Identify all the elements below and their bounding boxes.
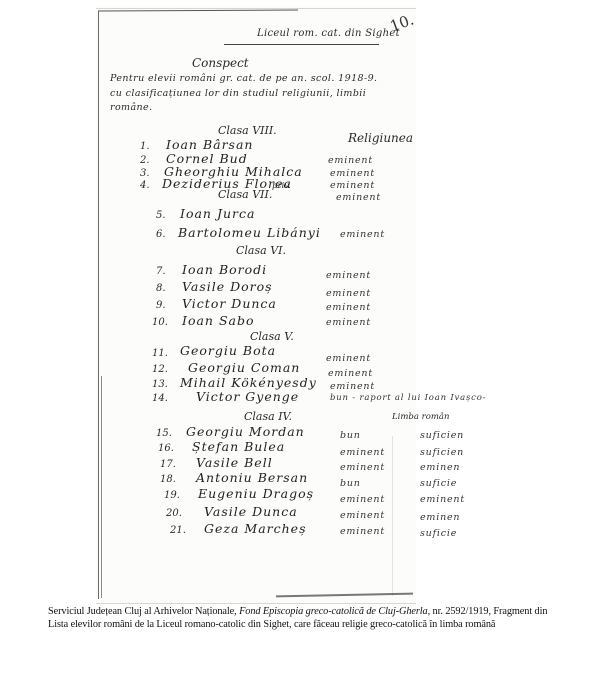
student-number: 11. xyxy=(152,348,168,359)
student-name: Georgiu Coman xyxy=(188,360,300,375)
intro-line: române. xyxy=(110,102,153,113)
student-number: 17. xyxy=(160,459,176,470)
language-grade: suficie xyxy=(420,478,457,489)
page-left-edge xyxy=(98,11,99,599)
student-number: 3. xyxy=(140,168,150,179)
religion-grade: bun xyxy=(340,478,361,489)
intro-line: cu clasificațiunea lor din studiul relig… xyxy=(110,88,366,99)
student-number: 21. xyxy=(170,525,186,536)
student-name: Georgiu Bota xyxy=(180,343,276,358)
page-left-edge-inner xyxy=(101,376,102,598)
student-name: Eugeniu Dragoș xyxy=(198,486,314,501)
religion-grade: eminent xyxy=(326,353,371,364)
page-top-edge xyxy=(98,9,298,11)
student-number: 6. xyxy=(156,229,166,240)
religion-grade: eminent xyxy=(326,317,371,328)
religion-grade: eminent xyxy=(336,192,381,203)
figure-caption: Serviciul Județean Cluj al Arhivelor Naț… xyxy=(48,606,548,631)
document-header-title: Liceul rom. cat. din Sighet xyxy=(257,28,400,39)
student-name: Geza Marcheș xyxy=(204,521,307,536)
religion-grade: eminent xyxy=(340,229,385,240)
column-header-religion: Religiunea xyxy=(348,131,413,145)
student-name: Ioan Bârsan xyxy=(166,137,253,152)
student-name: Mihail Kökényesdy xyxy=(180,375,317,390)
student-name: Vasile Dunca xyxy=(204,504,298,519)
religion-grade: eminent xyxy=(340,510,385,521)
student-name: Victor Dunca xyxy=(182,296,277,311)
religion-grade: bun - raport al lui Ioan Ivașco- xyxy=(330,393,486,403)
page-number: 10. xyxy=(388,10,417,35)
student-number: 8. xyxy=(156,283,166,294)
intro-line: Pentru elevii români gr. cat. de pe an. … xyxy=(110,73,377,84)
scan-bottom-border xyxy=(96,603,416,604)
language-grade: suficien xyxy=(420,430,464,441)
religion-grade: eminent xyxy=(340,447,385,458)
language-grade: eminen xyxy=(420,462,460,473)
student-name: Georgiu Mordan xyxy=(186,424,305,439)
header-underline xyxy=(224,44,379,45)
class-title: Clasa IV. xyxy=(244,410,292,423)
student-number: 10. xyxy=(152,317,168,328)
class-title: Clasa V. xyxy=(250,330,294,343)
language-grade: eminent xyxy=(420,494,465,505)
caption-fond-title: Fond Episcopia greco-catolică de Cluj-Gh… xyxy=(239,606,428,617)
student-number: 15. xyxy=(156,428,172,439)
student-name: Bartolomeu Libányi xyxy=(178,225,321,240)
student-number: 14. xyxy=(152,393,168,404)
student-name: Vasile Bell xyxy=(196,455,273,470)
caption-source: Serviciul Județean Cluj al Arhivelor Naț… xyxy=(48,606,239,617)
religion-grade: eminent xyxy=(340,494,385,505)
religion-grade: eminent xyxy=(330,381,375,392)
student-number: 5. xyxy=(156,210,166,221)
language-grade: suficie xyxy=(420,528,457,539)
religion-grade: eminent xyxy=(340,462,385,473)
column-header-language: Limba român xyxy=(392,412,449,422)
religion-grade: eminent xyxy=(326,302,371,313)
religion-grade: eminent xyxy=(330,180,375,191)
student-number: 20. xyxy=(166,508,182,519)
religion-grade: eminent xyxy=(326,270,371,281)
student-number: 2. xyxy=(140,155,150,166)
class-title: Clasa VII. xyxy=(218,188,272,201)
religion-grade: eminent xyxy=(330,168,375,179)
religion-grade: eminent xyxy=(328,155,373,166)
religion-grade: eminent xyxy=(328,368,373,379)
student-name: Ștefan Bulea xyxy=(192,439,285,454)
student-number: 19. xyxy=(164,490,180,501)
student-number: 4. xyxy=(140,180,150,191)
document-heading: Conspect xyxy=(192,56,249,70)
class-title: Clasa VI. xyxy=(236,244,286,257)
student-name: Ioan Jurca xyxy=(180,206,255,221)
student-number: 18. xyxy=(160,474,176,485)
student-name: Ioan Borodi xyxy=(182,262,267,277)
student-name: Antoniu Bersan xyxy=(196,470,308,485)
student-number: 16. xyxy=(158,443,174,454)
student-name: Ioan Sabo xyxy=(182,313,254,328)
student-number: 12. xyxy=(152,364,168,375)
student-number: 13. xyxy=(152,379,168,390)
column-rule xyxy=(392,436,393,596)
student-name: Victor Gyenge xyxy=(196,389,299,404)
student-note: priv. xyxy=(272,181,291,191)
language-grade: eminen xyxy=(420,512,460,523)
student-name: Vasile Doroș xyxy=(182,279,273,294)
class-title: Clasa VIII. xyxy=(218,124,277,137)
religion-grade: bun xyxy=(340,430,361,441)
student-number: 9. xyxy=(156,300,166,311)
student-number: 1. xyxy=(140,141,150,152)
religion-grade: eminent xyxy=(340,526,385,537)
language-grade: suficien xyxy=(420,447,464,458)
religion-grade: eminent xyxy=(326,288,371,299)
student-number: 7. xyxy=(156,266,166,277)
